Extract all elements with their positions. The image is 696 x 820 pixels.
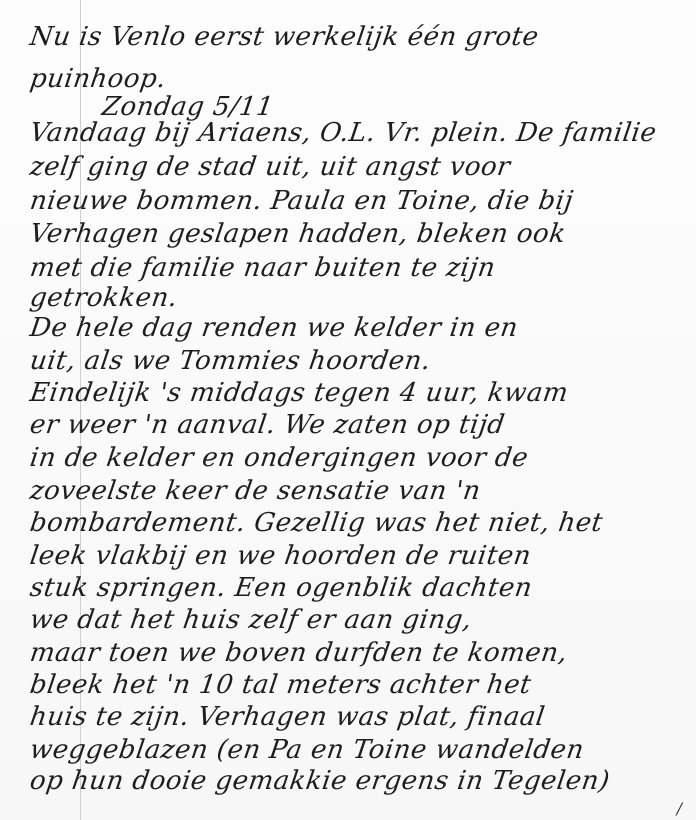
text-line-15: zoveelste keer de sensatie van 'n	[28, 476, 483, 506]
text-line-22: huis te zijn. Verhagen was plat, finaal	[28, 702, 547, 732]
text-line-21: bleek het 'n 10 tal meters achter het	[28, 670, 533, 700]
text-line-8: met die familie naar buiten te zijn	[28, 253, 497, 283]
text-line-13: er weer 'n aanval. We zaten op tijd	[28, 410, 507, 440]
text-line-6: nieuwe bommen. Paula en Toine, die bij	[28, 186, 575, 216]
text-line-20: maar toen we boven durfden te komen,	[28, 638, 569, 668]
text-line-17: leek vlakbij en we hoorden de ruiten	[28, 541, 533, 571]
diary-page: Nu is Venlo eerst werkelijk één grote pu…	[0, 0, 696, 820]
text-line-24: op hun dooie gemakkie ergens in Tegelen)	[28, 766, 612, 796]
text-line-10: De hele dag renden we kelder in en	[28, 313, 520, 343]
text-line-12: Eindelijk 's middags tegen 4 uur, kwam	[28, 378, 570, 408]
text-line-11: uit, als we Tommies hoorden.	[28, 346, 433, 376]
text-line-2: puinhoop.	[28, 64, 168, 94]
text-line-9: getrokken.	[28, 283, 180, 313]
corner-mark: /	[677, 799, 682, 818]
text-line-16: bombardement. Gezellig was het niet, het	[28, 508, 605, 538]
text-line-23: weggeblazen (en Pa en Toine wandelden	[28, 735, 586, 765]
text-line-18: stuk springen. Een ogenblik dachten	[28, 573, 534, 603]
text-line-1: Nu is Venlo eerst werkelijk één grote	[28, 22, 541, 52]
text-line-19: we dat het huis zelf er aan ging,	[28, 605, 474, 635]
text-line-5: zelf ging de stad uit, uit angst voor	[28, 152, 512, 182]
text-line-7: Verhagen geslapen hadden, bleken ook	[28, 219, 568, 249]
text-line-4: Vandaag bij Ariaens, O.L. Vr. plein. De …	[28, 118, 658, 148]
text-line-14: in de kelder en ondergingen voor de	[28, 443, 530, 473]
